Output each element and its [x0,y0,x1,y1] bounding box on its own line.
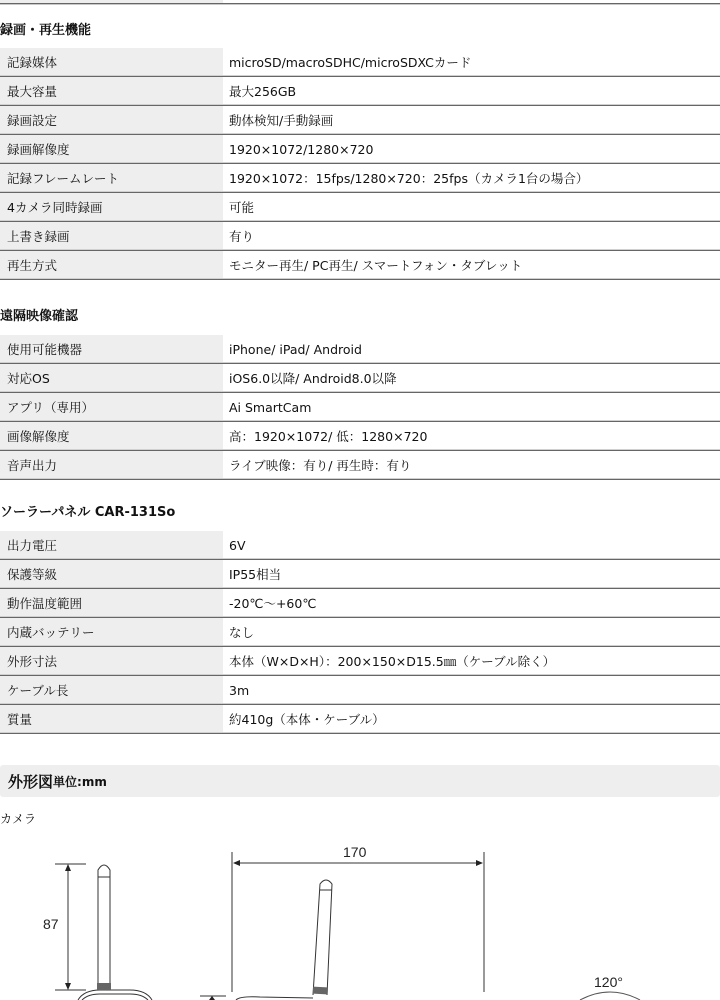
spec-value: 約410g（本体・ケーブル） [223,705,720,734]
spec-label: 内蔵バッテリー [0,618,223,647]
spec-table-remote: 使用可能機器iPhone/ iPad/ Android 対応OSiOS6.0以降… [0,335,720,480]
spec-value: 1920×1072/1280×720 [223,135,720,164]
table-row: 動作温度範囲-20℃～+60℃ [0,589,720,618]
spec-value: microSD/macroSDHC/microSDXCカード [223,48,720,77]
spec-value: iOS6.0以降/ Android8.0以降 [223,364,720,393]
table-row: ケーブル長3m [0,676,720,705]
spec-label: 質量 [0,705,223,734]
spec-value: iPhone/ iPad/ Android [223,335,720,364]
spec-label: 再生方式 [0,251,223,280]
spec-label: 外形寸法 [0,647,223,676]
spec-label: 上書き録画 [0,222,223,251]
table-row: 外形寸法本体（W×D×H）：200×150×D15.5㎜（ケーブル除く） [0,647,720,676]
spec-label: 4カメラ同時録画 [0,193,223,222]
table-row: 4カメラ同時録画可能 [0,193,720,222]
spec-value: 1920×1072：15fps/1280×720：25fps（カメラ1台の場合） [223,164,720,193]
spec-value: モニター再生/ PC再生/ スマートフォン・タブレット [223,251,720,280]
table-row: アプリ（専用）Ai SmartCam [0,393,720,422]
spec-value: 本体（W×D×H）：200×150×D15.5㎜（ケーブル除く） [223,647,720,676]
table-row: 最大容量最大256GB [0,77,720,106]
table-row: 録画設定動体検知/手動録画 [0,106,720,135]
spec-value: 3m [223,676,720,705]
section-recording-playback: 録画・再生機能 記録媒体microSD/macroSDHC/microSDXCカ… [0,22,720,280]
table-row: 保護等級IP55相当 [0,560,720,589]
spec-value: 高：1920×1072/ 低：1280×720 [223,422,720,451]
table-row: 使用可能機器iPhone/ iPad/ Android [0,335,720,364]
spec-label: 録画解像度 [0,135,223,164]
spec-value: 有り [223,222,720,251]
table-row: 音声出力ライブ映像：有り/ 再生時：有り [0,451,720,480]
section-title: ソーラーパネル CAR-131So [0,504,720,522]
dimension-antenna-height: 87 [43,916,59,932]
dimension-width: 170 [343,844,366,860]
spec-label: アプリ（専用） [0,393,223,422]
figure-title: 外形図 [8,771,53,792]
section-solar-panel: ソーラーパネル CAR-131So 出力電圧6V 保護等級IP55相当 動作温度… [0,504,720,734]
section-remote-viewing: 遠隔映像確認 使用可能機器iPhone/ iPad/ Android 対応OSi… [0,308,720,480]
spec-value: -20℃～+60℃ [223,589,720,618]
camera-dimension-drawing: 87 170 120° [0,840,720,1000]
previous-table-row-edge [0,0,720,5]
spec-label: ケーブル長 [0,676,223,705]
table-row: 画像解像度高：1920×1072/ 低：1280×720 [0,422,720,451]
spec-value: なし [223,618,720,647]
table-row: 再生方式モニター再生/ PC再生/ スマートフォン・タブレット [0,251,720,280]
table-row: 上書き録画有り [0,222,720,251]
spec-label: 画像解像度 [0,422,223,451]
spec-value: 最大256GB [223,77,720,106]
spec-label: 記録フレームレート [0,164,223,193]
table-row: 内蔵バッテリーなし [0,618,720,647]
spec-value: IP55相当 [223,560,720,589]
dimension-angle: 120° [594,974,623,990]
table-row: 対応OSiOS6.0以降/ Android8.0以降 [0,364,720,393]
table-row: 記録フレームレート1920×1072：15fps/1280×720：25fps（… [0,164,720,193]
outline-drawing-header: 外形図 単位:mm [0,765,720,797]
spec-label: 音声出力 [0,451,223,480]
spec-label: 保護等級 [0,560,223,589]
spec-label: 出力電圧 [0,531,223,560]
spec-label: 最大容量 [0,77,223,106]
spec-value: 可能 [223,193,720,222]
spec-label: 対応OS [0,364,223,393]
row-divider-shadow [0,4,720,5]
spec-table-recording: 記録媒体microSD/macroSDHC/microSDXCカード 最大容量最… [0,48,720,280]
section-title: 遠隔映像確認 [0,308,720,326]
table-row: 記録媒体microSD/macroSDHC/microSDXCカード [0,48,720,77]
spec-table-solar: 出力電圧6V 保護等級IP55相当 動作温度範囲-20℃～+60℃ 内蔵バッテリ… [0,531,720,734]
spec-value: ライブ映像：有り/ 再生時：有り [223,451,720,480]
spec-label: 使用可能機器 [0,335,223,364]
figure-subtitle: カメラ [0,810,36,827]
table-row: 質量約410g（本体・ケーブル） [0,705,720,734]
spec-value: Ai SmartCam [223,393,720,422]
table-row: 録画解像度1920×1072/1280×720 [0,135,720,164]
table-row: 出力電圧6V [0,531,720,560]
spec-value: 6V [223,531,720,560]
spec-label: 動作温度範囲 [0,589,223,618]
section-title: 録画・再生機能 [0,22,720,40]
figure-unit: 単位:mm [53,773,107,790]
spec-value: 動体検知/手動録画 [223,106,720,135]
spec-label: 記録媒体 [0,48,223,77]
spec-label: 録画設定 [0,106,223,135]
